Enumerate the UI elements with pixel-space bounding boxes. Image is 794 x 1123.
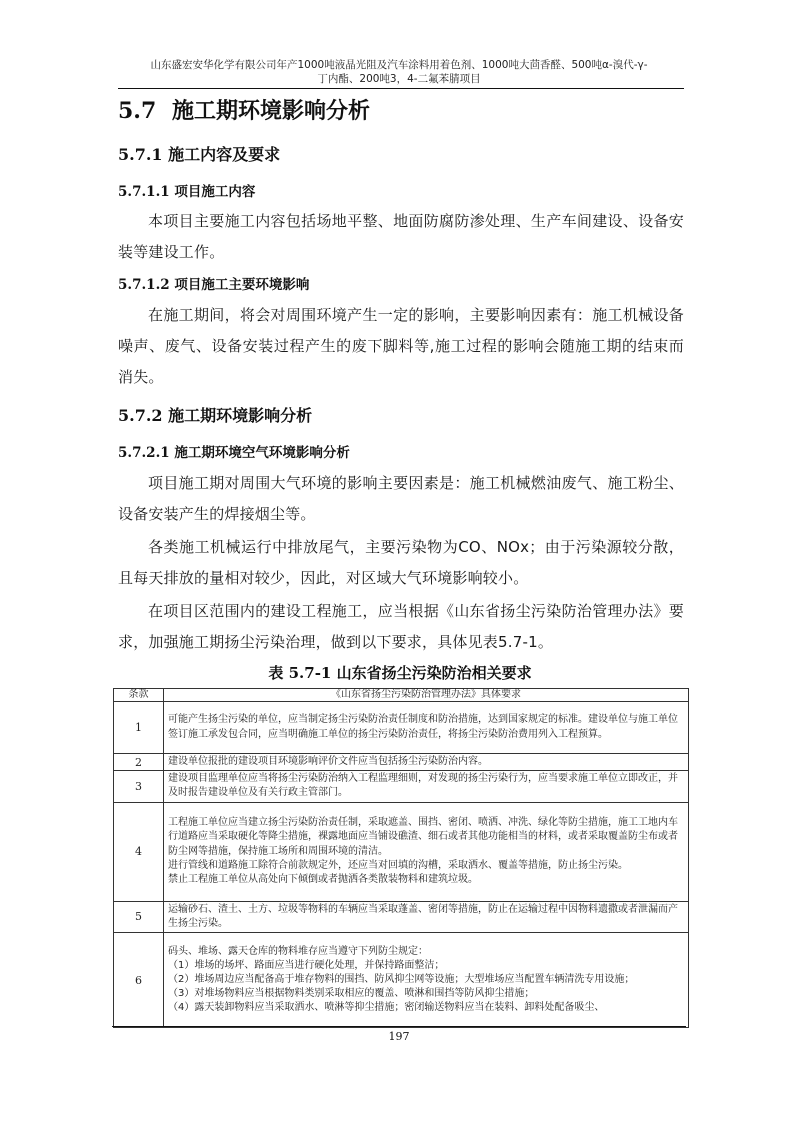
heading-5-7-1-1: 5.7.1.1 项目施工内容 bbox=[118, 182, 255, 202]
requirement-line: （2）堆场周边应当配备高于堆存物料的围挡、防风抑尘网等设施；大型堆场应当配置车辆… bbox=[168, 973, 684, 987]
paragraph-exhaust: 各类施工机械运行中排放尾气，主要污染物为CO、NOx；由于污染源较分散，且每天排… bbox=[118, 532, 684, 594]
heading-5-7-1-2: 5.7.1.2 项目施工主要环境影响 bbox=[118, 275, 309, 295]
running-header: 山东盛宏安华化学有限公司年产1000吨液晶光阻及汽车涂料用着色剂、1000吨大茴… bbox=[112, 58, 686, 86]
requirement-line: 进行管线和道路施工除符合前款规定外，还应当对回填的沟槽，采取洒水、覆盖等措施，防… bbox=[168, 859, 684, 873]
requirement-line: （1）堆场的场坪、路面应当进行硬化处理，并保持路面整洁； bbox=[168, 959, 684, 973]
clause-number: 5 bbox=[114, 901, 164, 932]
running-header-line-1: 山东盛宏安华化学有限公司年产1000吨液晶光阻及汽车涂料用着色剂、1000吨大茴… bbox=[112, 58, 686, 72]
section-title: 施工期环境影响分析 bbox=[172, 98, 370, 124]
clause-number: 2 bbox=[114, 754, 164, 771]
requirement-line: （4）露天装卸物料应当采取洒水、喷淋等抑尘措施；密闭输送物料应当在装料、卸料处配… bbox=[168, 1001, 684, 1015]
section-heading: 5.7施工期环境影响分析 bbox=[118, 96, 370, 126]
subsection-heading-5-7-2: 5.7.2 施工期环境影响分析 bbox=[118, 404, 312, 428]
requirement-line: 码头、堆场、露天仓库的物料堆存应当遵守下列防尘规定： bbox=[168, 945, 684, 959]
paragraph-construction-content: 本项目主要施工内容包括场地平整、地面防腐防渗处理、生产车间建设、设备安装等建设工… bbox=[118, 206, 684, 268]
section-number: 5.7 bbox=[118, 96, 172, 126]
column-header-requirements: 《山东省扬尘污染防治管理办法》具体要求 bbox=[164, 689, 689, 702]
requirement-text: 建设单位报批的建设项目环境影响评价文件应当包括扬尘污染防治内容。 bbox=[164, 754, 689, 771]
clause-number: 1 bbox=[114, 702, 164, 754]
requirement-text: 码头、堆场、露天仓库的物料堆存应当遵守下列防尘规定： （1）堆场的场坪、路面应当… bbox=[164, 933, 689, 1028]
paragraph-main-impacts: 在施工期间，将会对周围环境产生一定的影响，主要影响因素有：施工机械设备噪声、废气… bbox=[118, 300, 684, 393]
table-row: 4 工程施工单位应当建立扬尘污染防治责任制，采取遮盖、围挡、密闭、喷洒、冲洗、绿… bbox=[114, 802, 689, 901]
paragraph-dust-requirements: 在项目区范围内的建设工程施工，应当根据《山东省扬尘污染防治管理办法》要求，加强施… bbox=[118, 596, 684, 658]
header-rule bbox=[118, 88, 684, 89]
requirement-line: （3）对堆场物料应当根据物料类别采取相应的覆盖、喷淋和围挡等防风抑尘措施； bbox=[168, 987, 684, 1001]
table-row: 1 可能产生扬尘污染的单位，应当制定扬尘污染防治责任制度和防治措施，达到国家规定… bbox=[114, 702, 689, 754]
requirement-line: 可能产生扬尘污染的单位，应当制定扬尘污染防治责任制度和防治措施，达到国家规定的标… bbox=[168, 713, 684, 741]
subsection-heading-5-7-1: 5.7.1 施工内容及要求 bbox=[118, 143, 280, 167]
footer-rule bbox=[112, 1026, 686, 1027]
heading-5-7-2-1: 5.7.2.1 施工期环境空气环境影响分析 bbox=[118, 443, 350, 463]
table-row: 2 建设单位报批的建设项目环境影响评价文件应当包括扬尘污染防治内容。 bbox=[114, 754, 689, 771]
clause-number: 4 bbox=[114, 802, 164, 901]
table-row: 3 建设项目监理单位应当将扬尘污染防治纳入工程监理细则，对发现的扬尘污染行为，应… bbox=[114, 771, 689, 802]
table-caption: 表 5.7-1 山东省扬尘污染防治相关要求 bbox=[112, 662, 688, 684]
running-header-line-2: 丁内酯、200吨3，4-二氟苯腈项目 bbox=[112, 72, 686, 86]
requirement-line: 工程施工单位应当建立扬尘污染防治责任制，采取遮盖、围挡、密闭、喷洒、冲洗、绿化等… bbox=[168, 816, 684, 859]
requirement-line: 禁止工程施工单位从高处向下倾倒或者抛洒各类散装物料和建筑垃圾。 bbox=[168, 873, 684, 887]
paragraph-air-factors: 项目施工期对周围大气环境的影响主要因素是：施工机械燃油废气、施工粉尘、设备安装产… bbox=[118, 468, 684, 530]
requirement-text: 工程施工单位应当建立扬尘污染防治责任制，采取遮盖、围挡、密闭、喷洒、冲洗、绿化等… bbox=[164, 802, 689, 901]
requirement-text: 建设项目监理单位应当将扬尘污染防治纳入工程监理细则，对发现的扬尘污染行为，应当要… bbox=[164, 771, 689, 802]
clause-number: 6 bbox=[114, 933, 164, 1028]
table-row: 5 运输砂石、渣土、土方、垃圾等物料的车辆应当采取蓬盖、密闭等措施，防止在运输过… bbox=[114, 901, 689, 932]
page-number: 197 bbox=[112, 1030, 686, 1044]
requirement-line: 运输砂石、渣土、土方、垃圾等物料的车辆应当采取蓬盖、密闭等措施，防止在运输过程中… bbox=[168, 903, 684, 931]
table-row: 6 码头、堆场、露天仓库的物料堆存应当遵守下列防尘规定： （1）堆场的场坪、路面… bbox=[114, 933, 689, 1028]
clause-number: 3 bbox=[114, 771, 164, 802]
requirement-text: 可能产生扬尘污染的单位，应当制定扬尘污染防治责任制度和防治措施，达到国家规定的标… bbox=[164, 702, 689, 754]
table-header-row: 条款 《山东省扬尘污染防治管理办法》具体要求 bbox=[114, 689, 689, 702]
requirement-line: 建设单位报批的建设项目环境影响评价文件应当包括扬尘污染防治内容。 bbox=[168, 755, 684, 769]
column-header-clause: 条款 bbox=[114, 689, 164, 702]
dust-requirements-table: 条款 《山东省扬尘污染防治管理办法》具体要求 1 可能产生扬尘污染的单位，应当制… bbox=[113, 688, 689, 1028]
requirement-text: 运输砂石、渣土、土方、垃圾等物料的车辆应当采取蓬盖、密闭等措施，防止在运输过程中… bbox=[164, 901, 689, 932]
requirement-line: 建设项目监理单位应当将扬尘污染防治纳入工程监理细则，对发现的扬尘污染行为，应当要… bbox=[168, 772, 684, 800]
